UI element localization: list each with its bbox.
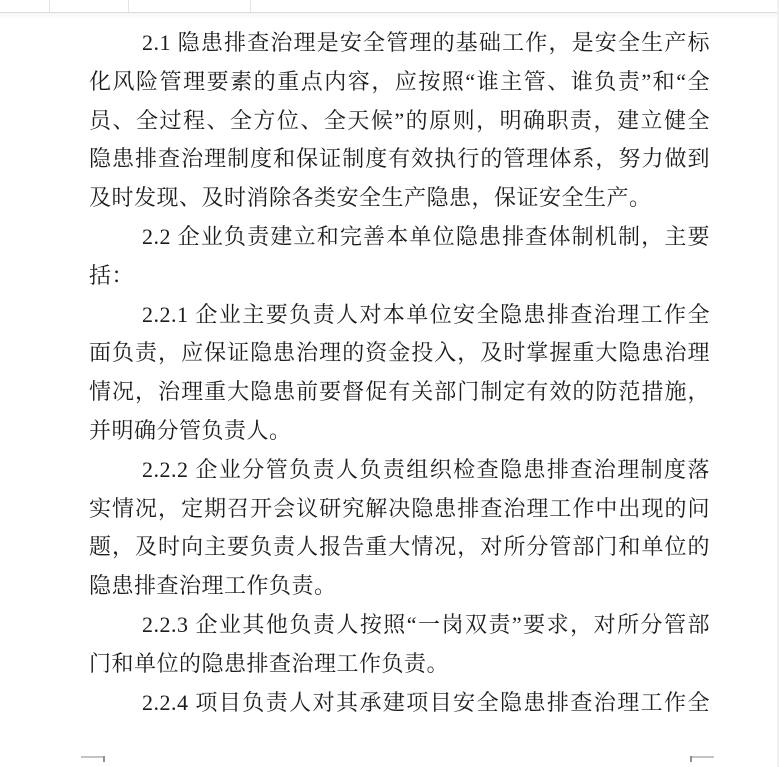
- text-line: 题，及时向主要负责人报告重大情况，对所分管部门和单位的: [89, 528, 710, 567]
- document-body: 2.1 隐患排查治理是安全管理的基础工作，是安全生产标准化风险管理要素的重点内容…: [89, 13, 710, 722]
- text-line: 2.2.3 企业其他负责人按照“一岗双责”要求，对所分管部: [89, 606, 710, 645]
- text-line: 括：: [89, 257, 710, 296]
- text-boundary-mark-left: [81, 756, 105, 762]
- text-line: 2.2.2 企业分管负责人负责组织检查隐患排查治理制度落: [89, 451, 710, 490]
- toolbar-strip: [0, 0, 779, 13]
- text-boundary-mark-right: [690, 756, 714, 762]
- text-line: 隐患排查治理制度和保证制度有效执行的管理体系，努力做到: [89, 140, 710, 179]
- toolbar-separator: [250, 0, 251, 12]
- boundary-bar: [690, 756, 714, 758]
- text-line: 门和单位的隐患排查治理工作负责。: [89, 645, 710, 684]
- text-line: 2.2.4 项目负责人对其承建项目安全隐患排查治理工作全: [89, 684, 710, 723]
- text-line: 面负责，应保证隐患治理的资金投入，及时掌握重大隐患治理: [89, 334, 710, 373]
- toolbar-separator: [49, 0, 50, 12]
- text-line: 及时发现、及时消除各类安全生产隐患，保证安全生产。: [89, 179, 710, 218]
- text-line: 2.2.1 企业主要负责人对本单位安全隐患排查治理工作全: [89, 296, 710, 335]
- toolbar-separator: [128, 0, 129, 12]
- text-line: 员、全过程、全方位、全天候”的原则，明确职责，建立健全: [89, 102, 710, 141]
- boundary-tick: [103, 756, 105, 762]
- text-line: 2.2 企业负责建立和完善本单位隐患排查体制机制，主要包: [89, 218, 710, 257]
- text-line: 2.1 隐患排查治理是安全管理的基础工作，是安全生产标准: [89, 24, 710, 63]
- text-line: 并明确分管负责人。: [89, 412, 710, 451]
- text-line: 化风险管理要素的重点内容，应按照“谁主管、谁负责”和“全: [89, 63, 710, 102]
- boundary-bar: [81, 756, 105, 758]
- boundary-tick: [690, 756, 692, 762]
- text-line: 情况，治理重大隐患前要督促有关部门制定有效的防范措施，: [89, 373, 710, 412]
- text-line: 实情况，定期召开会议研究解决隐患排查治理工作中出现的问: [89, 490, 710, 529]
- text-line: 隐患排查治理工作负责。: [89, 567, 710, 606]
